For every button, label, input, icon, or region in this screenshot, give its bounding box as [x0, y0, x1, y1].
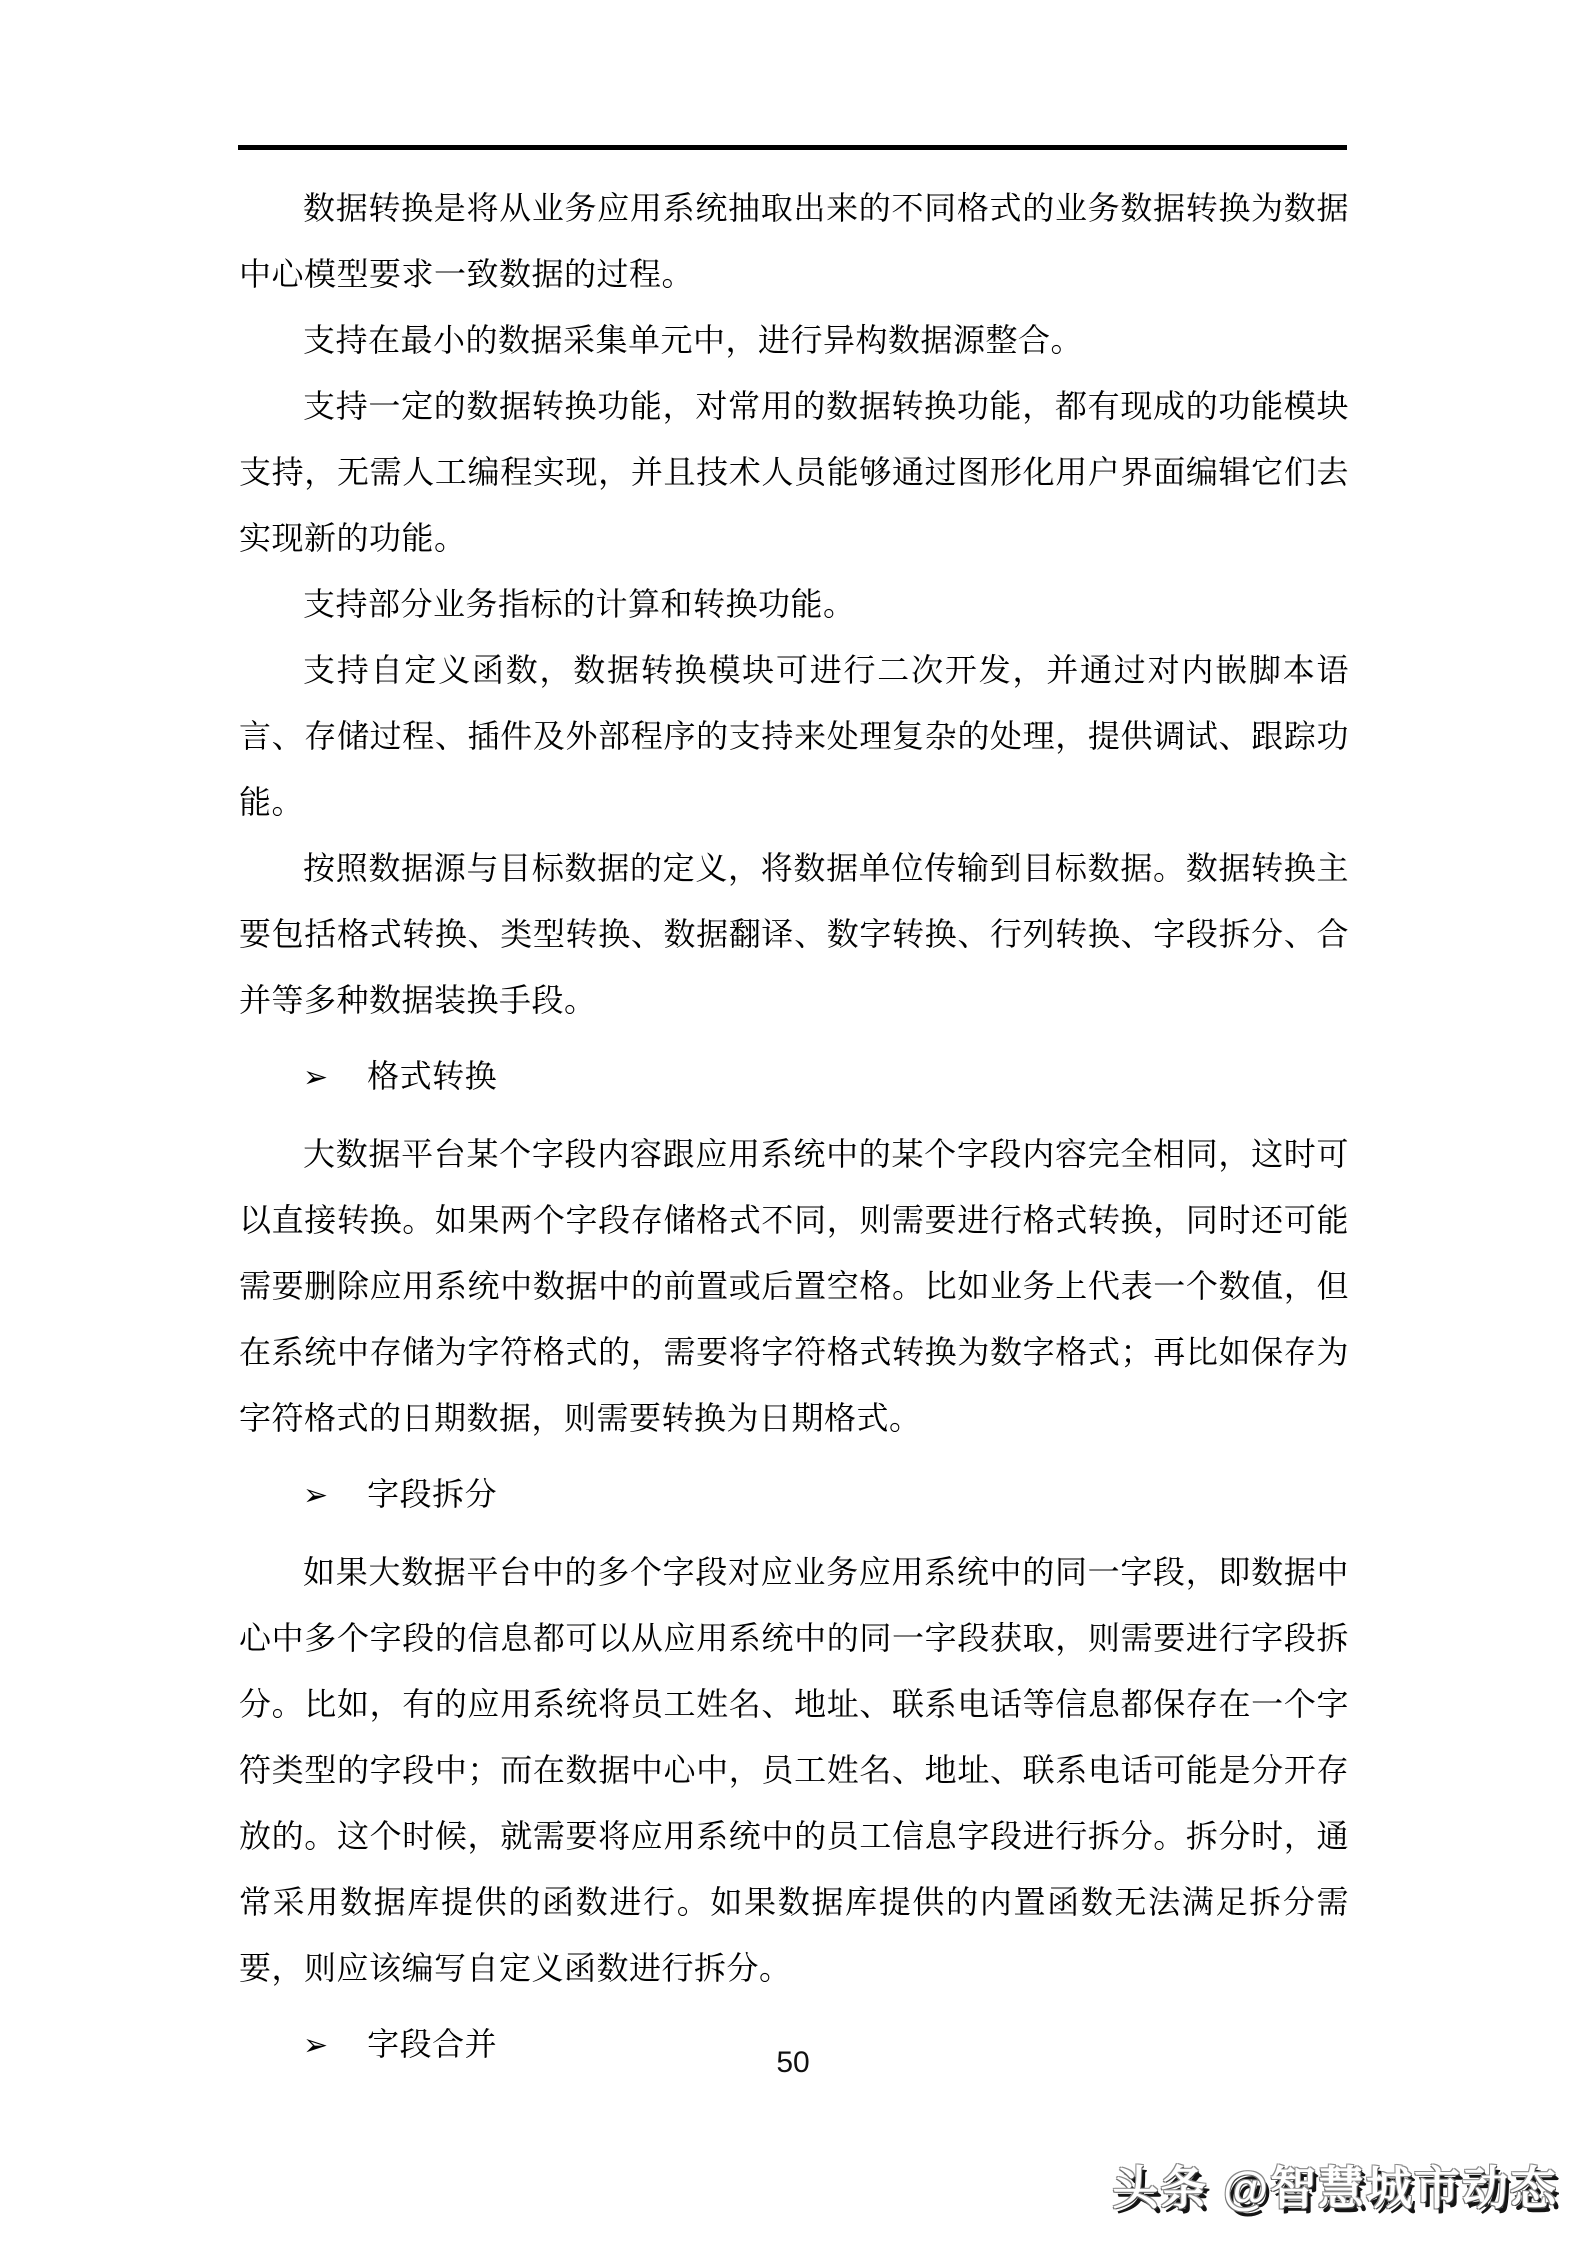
arrow-bullet-icon: ➢ — [303, 1045, 329, 1111]
paragraph-intro: 数据转换是将从业务应用系统抽取出来的不同格式的业务数据转换为数据中心模型要求一致… — [239, 175, 1349, 307]
header-rule — [238, 145, 1347, 150]
document-body: 数据转换是将从业务应用系统抽取出来的不同格式的业务数据转换为数据中心模型要求一致… — [239, 175, 1349, 2089]
paragraph-support-unit: 支持在最小的数据采集单元中，进行异构数据源整合。 — [239, 307, 1349, 373]
paragraph-mapping: 按照数据源与目标数据的定义，将数据单位传输到目标数据。数据转换主要包括格式转换、… — [239, 835, 1349, 1033]
bullet-label-format-conversion: 格式转换 — [367, 1058, 497, 1094]
paragraph-support-udf: 支持自定义函数，数据转换模块可进行二次开发，并通过对内嵌脚本语言、存储过程、插件… — [239, 637, 1349, 835]
watermark-text: 头条 @智慧城市动态 — [1112, 2152, 1558, 2218]
paragraph-support-modules: 支持一定的数据转换功能，对常用的数据转换功能，都有现成的功能模块支持，无需人工编… — [239, 373, 1349, 571]
bullet-label-field-split: 字段拆分 — [367, 1476, 497, 1512]
page-number: 50 — [0, 2046, 1586, 2080]
paragraph-format-conversion-body: 大数据平台某个字段内容跟应用系统中的某个字段内容完全相同，这时可以直接转换。如果… — [239, 1121, 1349, 1451]
paragraph-support-metrics: 支持部分业务指标的计算和转换功能。 — [239, 571, 1349, 637]
arrow-bullet-icon: ➢ — [303, 1463, 329, 1529]
bullet-item-format-conversion: ➢ 格式转换 — [239, 1043, 1349, 1111]
paragraph-field-split-body: 如果大数据平台中的多个字段对应业务应用系统中的同一字段，即数据中心中多个字段的信… — [239, 1539, 1349, 2001]
bullet-item-field-split: ➢ 字段拆分 — [239, 1461, 1349, 1529]
document-page: 数据转换是将从业务应用系统抽取出来的不同格式的业务数据转换为数据中心模型要求一致… — [0, 0, 1586, 2244]
